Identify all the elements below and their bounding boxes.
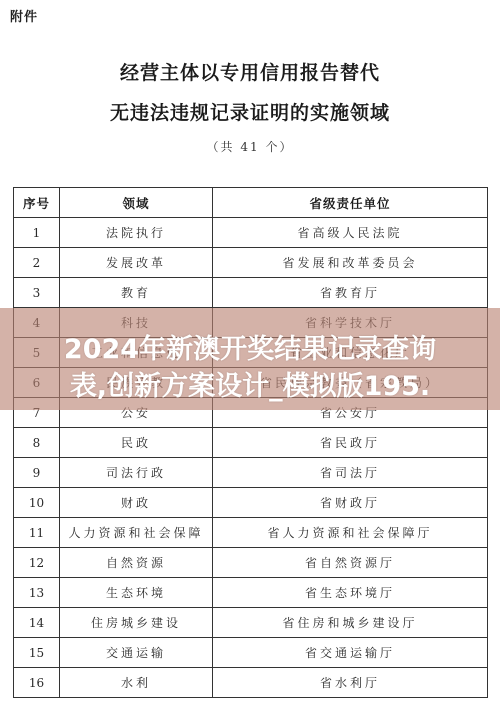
table-row: 8民政省民政厅 [14, 428, 488, 458]
overlay-caption-line1: 2024年新澳开奖结果记录查询 [0, 327, 500, 366]
overlay-caption-line2: 表,创新方案设计_模拟版195. [0, 364, 500, 403]
row-field: 法院执行 [60, 218, 213, 248]
row-number: 2 [14, 248, 60, 278]
header-serial-number: 序号 [14, 188, 60, 218]
row-field: 住房城乡建设 [60, 608, 213, 638]
row-field: 民政 [60, 428, 213, 458]
row-unit: 省民政厅 [213, 428, 488, 458]
table-row: 10财政省财政厅 [14, 488, 488, 518]
row-field: 司法行政 [60, 458, 213, 488]
row-unit: 省教育厅 [213, 278, 488, 308]
row-number: 14 [14, 608, 60, 638]
row-field: 人力资源和社会保障 [60, 518, 213, 548]
row-unit: 省生态环境厅 [213, 578, 488, 608]
document-subtitle-count: （共 41 个） [0, 138, 500, 155]
row-unit: 省住房和城乡建设厅 [213, 608, 488, 638]
row-unit: 省人力资源和社会保障厅 [213, 518, 488, 548]
table-row: 12自然资源省自然资源厅 [14, 548, 488, 578]
attachment-label: 附件 [10, 6, 38, 25]
header-responsible-unit: 省级责任单位 [213, 188, 488, 218]
table-row: 15交通运输省交通运输厅 [14, 638, 488, 668]
row-field: 教育 [60, 278, 213, 308]
row-number: 12 [14, 548, 60, 578]
row-unit: 省发展和改革委员会 [213, 248, 488, 278]
table-row: 14住房城乡建设省住房和城乡建设厅 [14, 608, 488, 638]
table-row: 1法院执行省高级人民法院 [14, 218, 488, 248]
implementation-fields-table: 序号 领域 省级责任单位 1法院执行省高级人民法院 2发展改革省发展和改革委员会… [13, 187, 488, 698]
row-unit: 省财政厅 [213, 488, 488, 518]
row-unit: 省交通运输厅 [213, 638, 488, 668]
row-number: 11 [14, 518, 60, 548]
table-row: 9司法行政省司法厅 [14, 458, 488, 488]
row-field: 生态环境 [60, 578, 213, 608]
row-number: 3 [14, 278, 60, 308]
row-number: 15 [14, 638, 60, 668]
table-row: 16水利省水利厅 [14, 668, 488, 698]
row-unit: 省高级人民法院 [213, 218, 488, 248]
row-number: 8 [14, 428, 60, 458]
row-unit: 省司法厅 [213, 458, 488, 488]
row-field: 发展改革 [60, 248, 213, 278]
document-title-line1: 经营主体以专用信用报告替代 [0, 58, 500, 85]
row-unit: 省水利厅 [213, 668, 488, 698]
document-title-line2: 无违法违规记录证明的实施领域 [0, 98, 500, 125]
table-header-row: 序号 领域 省级责任单位 [14, 188, 488, 218]
row-number: 10 [14, 488, 60, 518]
row-field: 自然资源 [60, 548, 213, 578]
header-field: 领域 [60, 188, 213, 218]
row-number: 16 [14, 668, 60, 698]
row-field: 财政 [60, 488, 213, 518]
row-field: 交通运输 [60, 638, 213, 668]
table-row: 2发展改革省发展和改革委员会 [14, 248, 488, 278]
table-row: 13生态环境省生态环境厅 [14, 578, 488, 608]
table-row: 11人力资源和社会保障省人力资源和社会保障厅 [14, 518, 488, 548]
row-number: 9 [14, 458, 60, 488]
table-row: 3教育省教育厅 [14, 278, 488, 308]
row-number: 1 [14, 218, 60, 248]
row-field: 水利 [60, 668, 213, 698]
row-number: 13 [14, 578, 60, 608]
row-unit: 省自然资源厅 [213, 548, 488, 578]
